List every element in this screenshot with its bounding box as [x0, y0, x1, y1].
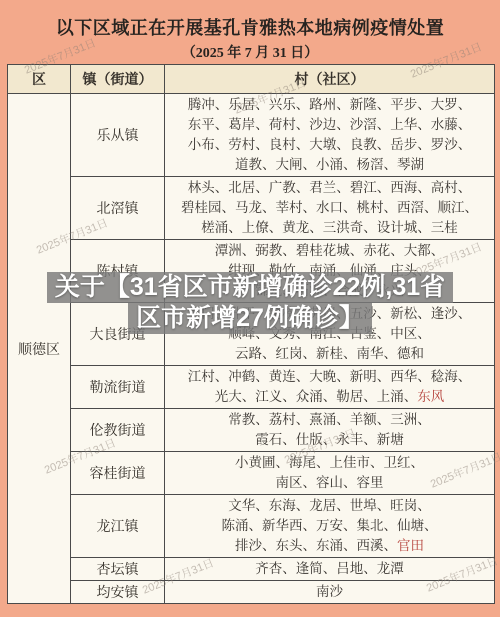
- village-line: 锦龙、石洲、合成、永兴: [167, 281, 492, 301]
- village-line: 云路、红岗、新桂、南华、德和: [167, 344, 492, 364]
- village-line: 碧桂园、马龙、莘村、水口、桃村、西滘、顺江、: [167, 198, 492, 218]
- town-cell: 乐从镇: [71, 94, 165, 177]
- village-line: 排沙、东头、东涌、西溪、官田: [167, 536, 492, 556]
- village-line: 霞石、仕版、永丰、新塘: [167, 430, 492, 450]
- page-title: 以下区域正在开展基孔肯雅热本地病例疫情处置: [0, 14, 500, 40]
- village-line: 腾冲、乐居、兴乐、路州、新隆、平步、大罗、: [167, 95, 492, 115]
- village-cell: 齐杏、逢简、吕地、龙潭: [165, 558, 495, 581]
- village-cell: 文华、东海、龙居、世埠、旺岗、陈涌、新华西、万安、集北、仙塘、排沙、东头、东涌、…: [165, 495, 495, 558]
- village-line: 东平、葛岸、荷村、沙边、沙滘、上华、水藤、: [167, 115, 492, 135]
- village-line: 南沙: [167, 582, 492, 602]
- table-row: 龙江镇文华、东海、龙居、世埠、旺岗、陈涌、新华西、万安、集北、仙塘、排沙、东头、…: [8, 495, 495, 558]
- table-row: 均安镇南沙: [8, 581, 495, 604]
- village-line: 绀现、勒竹、南涌、仙涌、庄头、: [167, 261, 492, 281]
- village-line: 陈涌、新华西、万安、集北、仙塘、: [167, 516, 492, 536]
- village-cell: 南沙: [165, 581, 495, 604]
- table-row: 杏坛镇齐杏、逢简、吕地、龙潭: [8, 558, 495, 581]
- village-line: 潭洲、弼教、碧桂花城、赤花、大都、: [167, 241, 492, 261]
- village-line: 齐杏、逢简、吕地、龙潭: [167, 559, 492, 579]
- page-date: （2025 年 7 月 31 日）: [0, 42, 500, 62]
- village-cell: 潭洲、弼教、碧桂花城、赤花、大都、绀现、勒竹、南涌、仙涌、庄头、锦龙、石洲、合成…: [165, 240, 495, 303]
- village-line: 小布、劳村、良村、大墩、良教、岳步、罗沙、: [167, 135, 492, 155]
- village-line: 大门、升平、金榜、苏岗、五沙、新松、逢沙、: [167, 304, 492, 324]
- village-cell: 林头、北居、广教、君兰、碧江、西海、高村、碧桂园、马龙、莘村、水口、桃村、西滘、…: [165, 177, 495, 240]
- highlighted-village: 东风: [417, 389, 444, 404]
- village-cell: 腾冲、乐居、兴乐、路州、新隆、平步、大罗、东平、葛岸、荷村、沙边、沙滘、上华、水…: [165, 94, 495, 177]
- town-cell: 北滘镇: [71, 177, 165, 240]
- village-cell: 小黄圃、海尾、上佳市、卫红、南区、容山、容里: [165, 452, 495, 495]
- table-row: 北滘镇林头、北居、广教、君兰、碧江、西海、高村、碧桂园、马龙、莘村、水口、桃村、…: [8, 177, 495, 240]
- town-cell: 陈村镇: [71, 240, 165, 303]
- highlighted-village: 官田: [397, 538, 424, 553]
- village-line: 林头、北居、广教、君兰、碧江、西海、高村、: [167, 178, 492, 198]
- table-header-row: 区 镇（街道） 村（社区）: [8, 65, 495, 94]
- town-cell: 伦教街道: [71, 409, 165, 452]
- town-cell: 大良街道: [71, 303, 165, 366]
- village-line: 江村、冲鹤、黄连、大晚、新明、西华、稔海、: [167, 367, 492, 387]
- table-row: 容桂街道小黄圃、海尾、上佳市、卫红、南区、容山、容里: [8, 452, 495, 495]
- town-cell: 杏坛镇: [71, 558, 165, 581]
- village-line: 常教、荔村、熹涌、羊额、三洲、: [167, 410, 492, 430]
- village-line: 顺峰、文秀、南江、古鉴、中区、: [167, 324, 492, 344]
- notice-page: 2025年7月31日 2025年7月31日 2025年7月31日 2025年7月…: [0, 0, 500, 617]
- district-cell: 顺德区: [8, 94, 71, 604]
- table-row: 顺德区乐从镇腾冲、乐居、兴乐、路州、新隆、平步、大罗、东平、葛岸、荷村、沙边、沙…: [8, 94, 495, 177]
- header-district: 区: [8, 65, 71, 94]
- town-cell: 龙江镇: [71, 495, 165, 558]
- header-village: 村（社区）: [165, 65, 495, 94]
- village-line: 光大、江义、众涌、勒居、上涌、东风: [167, 387, 492, 407]
- region-table: 区 镇（街道） 村（社区） 顺德区乐从镇腾冲、乐居、兴乐、路州、新隆、平步、大罗…: [7, 64, 495, 604]
- village-line: 槎涌、上僚、黄龙、三洪奇、设计城、三桂: [167, 218, 492, 238]
- village-line: 文华、东海、龙居、世埠、旺岗、: [167, 496, 492, 516]
- table-row: 伦教街道常教、荔村、熹涌、羊额、三洲、霞石、仕版、永丰、新塘: [8, 409, 495, 452]
- village-cell: 常教、荔村、熹涌、羊额、三洲、霞石、仕版、永丰、新塘: [165, 409, 495, 452]
- village-line: 小黄圃、海尾、上佳市、卫红、: [167, 453, 492, 473]
- village-line: 南区、容山、容里: [167, 473, 492, 493]
- table-body: 顺德区乐从镇腾冲、乐居、兴乐、路州、新隆、平步、大罗、东平、葛岸、荷村、沙边、沙…: [8, 94, 495, 604]
- table-row: 陈村镇潭洲、弼教、碧桂花城、赤花、大都、绀现、勒竹、南涌、仙涌、庄头、锦龙、石洲…: [8, 240, 495, 303]
- table-row: 勒流街道江村、冲鹤、黄连、大晚、新明、西华、稔海、光大、江义、众涌、勒居、上涌、…: [8, 366, 495, 409]
- village-line: 道教、大闸、小涌、杨滘、琴湖: [167, 155, 492, 175]
- header-town: 镇（街道）: [71, 65, 165, 94]
- table-row: 大良街道大门、升平、金榜、苏岗、五沙、新松、逢沙、顺峰、文秀、南江、古鉴、中区、…: [8, 303, 495, 366]
- village-cell: 大门、升平、金榜、苏岗、五沙、新松、逢沙、顺峰、文秀、南江、古鉴、中区、云路、红…: [165, 303, 495, 366]
- town-cell: 容桂街道: [71, 452, 165, 495]
- town-cell: 勒流街道: [71, 366, 165, 409]
- village-cell: 江村、冲鹤、黄连、大晚、新明、西华、稔海、光大、江义、众涌、勒居、上涌、东风: [165, 366, 495, 409]
- town-cell: 均安镇: [71, 581, 165, 604]
